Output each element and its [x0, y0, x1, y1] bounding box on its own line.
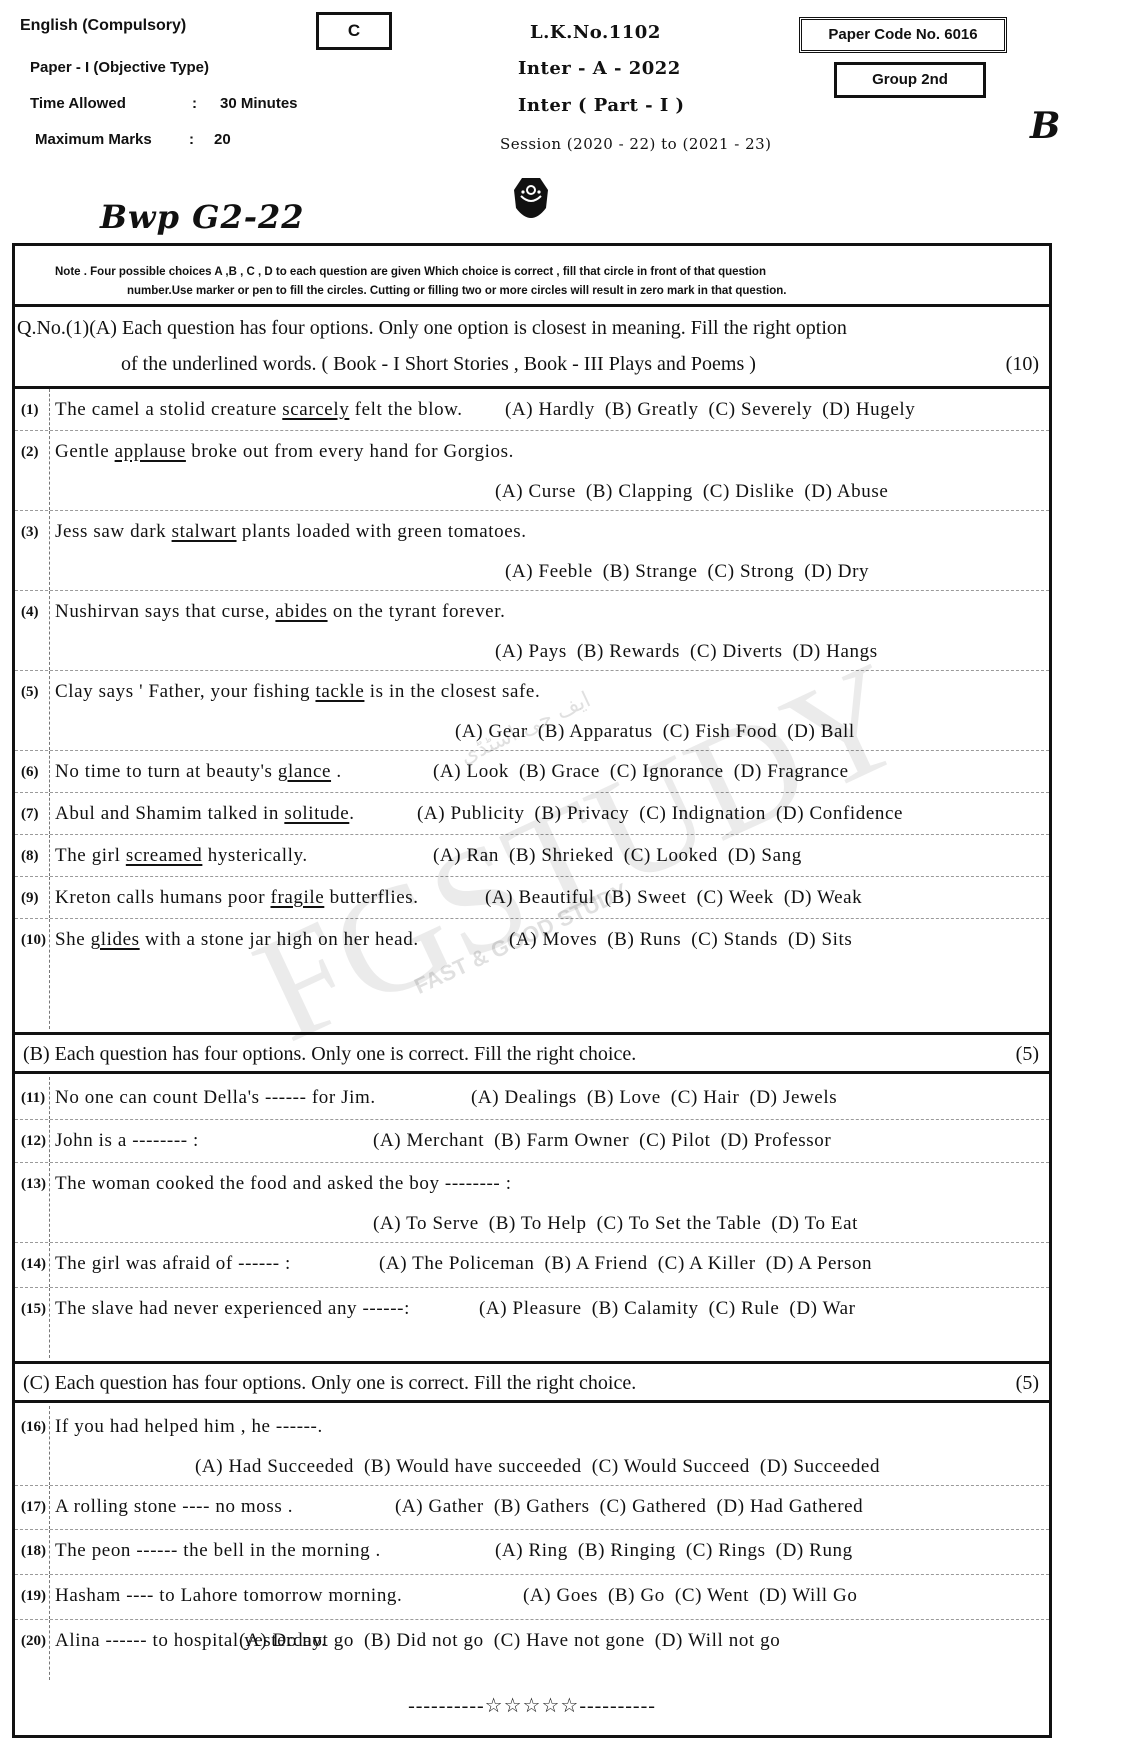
answer-options: (A) Beautiful(B) Sweet(C) Week(D) Weak — [485, 887, 872, 909]
answer-option[interactable]: (B) A Friend — [544, 1253, 647, 1274]
paper-type: Paper - I (Objective Type) — [30, 59, 209, 76]
lk-number: L.K.No.1102 — [530, 22, 661, 43]
answer-option[interactable]: (C) Severely — [709, 399, 813, 420]
stem-text: broke out from every hand for Gorgios. — [186, 441, 514, 462]
section-b-instruction: (B) Each question has four options. Only… — [23, 1043, 636, 1066]
stem-text: The camel a stolid creature — [55, 399, 282, 420]
question-number-separator — [49, 835, 50, 876]
underlined-word: applause — [115, 441, 186, 462]
answer-option[interactable]: (B) Love — [587, 1087, 661, 1108]
question-number: (14) — [21, 1256, 46, 1273]
answer-option[interactable]: (D) Professor — [721, 1130, 832, 1151]
answer-option[interactable]: (D) Hangs — [793, 641, 878, 662]
answer-option[interactable]: (C) Strong — [708, 561, 795, 582]
answer-option[interactable]: (B) Apparatus — [538, 721, 653, 742]
time-allowed-sep: : — [192, 95, 197, 112]
answer-option[interactable]: (C) Ignorance — [610, 761, 724, 782]
answer-option[interactable]: (A) The Policeman — [379, 1253, 534, 1274]
answer-option[interactable]: (C) Rule — [709, 1298, 780, 1319]
answer-option[interactable]: (C) Indignation — [639, 803, 766, 824]
answer-option[interactable]: (D) Weak — [784, 887, 862, 908]
answer-options: (A) Look(B) Grace(C) Ignorance(D) Fragra… — [433, 761, 859, 783]
question-stem: The peon ------ the bell in the morning … — [55, 1540, 381, 1562]
underlined-word: stalwart — [172, 521, 237, 542]
stem-text: The girl was afraid of ------ : — [55, 1253, 291, 1274]
question-number-separator — [49, 511, 50, 590]
answer-option[interactable]: (A) Do not go — [239, 1630, 354, 1651]
answer-option[interactable]: (A) Merchant — [373, 1130, 484, 1151]
stem-text: Nushirvan says that curse, — [55, 601, 275, 622]
answer-option[interactable]: (C) Looked — [624, 845, 718, 866]
answer-option[interactable]: (A) Ring — [495, 1540, 568, 1561]
exam-part: Inter ( Part - I ) — [518, 95, 685, 116]
stem-text: Kreton calls humans poor — [55, 887, 271, 908]
answer-options: (A) Gather(B) Gathers(C) Gathered(D) Had… — [395, 1496, 873, 1518]
answer-option[interactable]: (A) Curse — [495, 481, 576, 502]
answer-option[interactable]: (D) A Person — [766, 1253, 872, 1274]
answer-options: (A) Gear(B) Apparatus(C) Fish Food(D) Ba… — [455, 721, 865, 743]
question-number-separator — [49, 1406, 50, 1485]
section-a-instruction-2: of the underlined words. ( Book - I Shor… — [121, 353, 756, 376]
answer-option[interactable]: (B) Strange — [603, 561, 698, 582]
question-number: (7) — [21, 806, 39, 823]
answer-option[interactable]: (C) A Killer — [658, 1253, 756, 1274]
section-b-header: (B) Each question has four options. Only… — [15, 1032, 1049, 1074]
stem-text: The girl — [55, 845, 126, 866]
question-row: (12)John is a -------- :(A) Merchant(B) … — [15, 1120, 1049, 1163]
answer-options: (A) Had Succeeded(B) Would have succeede… — [195, 1456, 890, 1478]
answer-option[interactable]: (C) Dislike — [703, 481, 795, 502]
question-stem: Jess saw dark stalwart plants loaded wit… — [55, 521, 527, 543]
question-number-separator — [49, 1530, 50, 1574]
answer-option[interactable]: (D) Sang — [728, 845, 802, 866]
answer-option[interactable]: (B) To Help — [489, 1213, 587, 1234]
question-number: (17) — [21, 1499, 46, 1516]
question-number: (18) — [21, 1543, 46, 1560]
answer-option[interactable]: (B) Runs — [607, 929, 681, 950]
section-a-marks: (10) — [1006, 353, 1039, 376]
answer-option[interactable]: (A) Gear — [455, 721, 528, 742]
question-number-separator — [49, 793, 50, 834]
answer-option[interactable]: (A) Publicity — [417, 803, 525, 824]
stem-text: with a stone jar high on her head. — [140, 929, 419, 950]
question-number: (1) — [21, 402, 39, 419]
stem-text: The peon ------ the bell in the morning … — [55, 1540, 381, 1561]
question-number-separator — [49, 1575, 50, 1619]
note-line-2: number.Use marker or pen to fill the cir… — [127, 285, 786, 297]
answer-option[interactable]: (C) Stands — [691, 929, 778, 950]
answer-option[interactable]: (D) Dry — [804, 561, 869, 582]
question-row: (15)The slave had never experienced any … — [15, 1288, 1049, 1358]
subject-title: English (Compulsory) — [20, 17, 186, 35]
question-stem: John is a -------- : — [55, 1130, 199, 1152]
answer-option[interactable]: (B) Ringing — [578, 1540, 676, 1561]
stem-text: John is a -------- : — [55, 1130, 199, 1151]
answer-option[interactable]: (C) Fish Food — [663, 721, 777, 742]
question-stem: The slave had never experienced any ----… — [55, 1298, 410, 1320]
answer-option[interactable]: (B) Privacy — [535, 803, 630, 824]
answer-option[interactable]: (D) Ball — [787, 721, 855, 742]
answer-option[interactable]: (A) Pays — [495, 641, 567, 662]
answer-option[interactable]: (B) Sweet — [605, 887, 687, 908]
stem-text: If you had helped him , he ------. — [55, 1416, 323, 1437]
question-number: (12) — [21, 1133, 46, 1150]
stem-text: hysterically. — [202, 845, 307, 866]
answer-options: (A) Do not go(B) Did not go(C) Have not … — [239, 1630, 790, 1652]
answer-option[interactable]: (C) Rings — [686, 1540, 766, 1561]
question-number-separator — [49, 389, 50, 430]
answer-option[interactable]: (D) Hugely — [822, 399, 915, 420]
answer-options: (A) Merchant(B) Farm Owner(C) Pilot(D) P… — [373, 1130, 841, 1152]
stem-text: . — [349, 803, 354, 824]
question-stem: The girl was afraid of ------ : — [55, 1253, 291, 1275]
stem-text: Abul and Shamim talked in — [55, 803, 284, 824]
answer-option[interactable]: (C) Have not gone — [494, 1630, 645, 1651]
answer-options: (A) The Policeman(B) A Friend(C) A Kille… — [379, 1253, 882, 1275]
question-row: (3)Jess saw dark stalwart plants loaded … — [15, 511, 1049, 591]
answer-options: (A) Ran(B) Shrieked(C) Looked(D) Sang — [433, 845, 812, 867]
answer-options: (A) Goes(B) Go(C) Went(D) Will Go — [523, 1585, 867, 1607]
stem-text: is in the closest safe. — [364, 681, 540, 702]
instructions-note: Note . Four possible choices A ,B , C , … — [15, 246, 1049, 307]
question-number: (8) — [21, 848, 39, 865]
answer-option[interactable]: (B) Shrieked — [509, 845, 614, 866]
answer-option[interactable]: (D) Jewels — [749, 1087, 837, 1108]
answer-options: (A) Hardly(B) Greatly(C) Severely(D) Hug… — [505, 399, 925, 421]
question-sheet: Note . Four possible choices A ,B , C , … — [12, 243, 1052, 1738]
question-number-separator — [49, 1620, 50, 1680]
answer-option[interactable]: (A) Beautiful — [485, 887, 595, 908]
question-number-separator — [49, 1120, 50, 1162]
answer-option[interactable]: (C) Gathered — [600, 1496, 707, 1517]
stem-text: No time to turn at beauty's — [55, 761, 278, 782]
answer-option[interactable]: (C) Would Succeed — [592, 1456, 750, 1477]
section-a-instruction-1: Q.No.(1)(A) Each question has four optio… — [17, 317, 847, 340]
underlined-word: solitude — [284, 803, 349, 824]
answer-option[interactable]: (B) Did not go — [364, 1630, 484, 1651]
answer-option[interactable]: (A) Hardly — [505, 399, 595, 420]
question-number: (4) — [21, 604, 39, 621]
answer-option[interactable]: (D) War — [789, 1298, 855, 1319]
underlined-word: glides — [91, 929, 140, 950]
question-number: (20) — [21, 1633, 46, 1650]
answer-option[interactable]: (A) To Serve — [373, 1213, 479, 1234]
section-c-instruction: (C) Each question has four options. Only… — [23, 1372, 636, 1395]
answer-option[interactable]: (D) Will not go — [655, 1630, 781, 1651]
answer-option[interactable]: (D) Fragrance — [734, 761, 849, 782]
section-c-header: (C) Each question has four options. Only… — [15, 1361, 1049, 1403]
stem-text: Hasham ---- to Lahore tomorrow morning. — [55, 1585, 402, 1606]
note-line-1: Note . Four possible choices A ,B , C , … — [55, 266, 766, 278]
question-number-separator — [49, 591, 50, 670]
answer-option[interactable]: (D) Will Go — [759, 1585, 857, 1606]
answer-option[interactable]: (B) Rewards — [577, 641, 680, 662]
answer-options: (A) Ring(B) Ringing(C) Rings(D) Rung — [495, 1540, 863, 1562]
answer-option[interactable]: (B) Greatly — [605, 399, 699, 420]
answer-option[interactable]: (D) Abuse — [804, 481, 888, 502]
paper-version-box: C — [316, 12, 392, 50]
answer-options: (A) To Serve(B) To Help(C) To Set the Ta… — [373, 1213, 868, 1235]
answer-option[interactable]: (B) Would have succeeded — [364, 1456, 582, 1477]
stem-text: on the tyrant forever. — [328, 601, 506, 622]
stem-text: . — [331, 761, 342, 782]
stem-text: The slave had never experienced any ----… — [55, 1298, 410, 1319]
question-row: (7)Abul and Shamim talked in solitude.(A… — [15, 793, 1049, 835]
stem-text: Gentle — [55, 441, 115, 462]
answer-option[interactable]: (A) Goes — [523, 1585, 598, 1606]
answer-option[interactable]: (C) Pilot — [639, 1130, 710, 1151]
answer-options: (A) Publicity(B) Privacy(C) Indignation(… — [417, 803, 913, 825]
answer-option[interactable]: (A) Dealings — [471, 1087, 577, 1108]
question-row: (16)If you had helped him , he ------.(A… — [15, 1406, 1049, 1486]
question-row: (14)The girl was afraid of ------ :(A) T… — [15, 1243, 1049, 1288]
max-marks-value: 20 — [214, 131, 231, 148]
handwritten-note: Bwp G2-22 — [100, 198, 305, 236]
question-number-separator — [49, 1486, 50, 1529]
answer-option[interactable]: (D) Had Gathered — [717, 1496, 864, 1517]
max-marks-label: Maximum Marks — [35, 131, 152, 148]
question-stem: No time to turn at beauty's glance . — [55, 761, 342, 783]
question-row: (4)Nushirvan says that curse, abides on … — [15, 591, 1049, 671]
question-number-separator — [49, 1163, 50, 1242]
stem-text: No one can count Della's ------ for Jim. — [55, 1087, 376, 1108]
underlined-word: glance — [278, 761, 331, 782]
stem-text: The woman cooked the food and asked the … — [55, 1173, 512, 1194]
question-number: (15) — [21, 1301, 46, 1318]
question-number-separator — [49, 1243, 50, 1287]
answer-option[interactable]: (D) Sits — [788, 929, 852, 950]
question-row: (2)Gentle applause broke out from every … — [15, 431, 1049, 511]
question-number-separator — [49, 1288, 50, 1358]
question-row: (19)Hasham ---- to Lahore tomorrow morni… — [15, 1575, 1049, 1620]
question-row: (17)A rolling stone ---- no moss .(A) Ga… — [15, 1486, 1049, 1530]
exam-title: Inter - A - 2022 — [518, 58, 681, 79]
question-number-separator — [49, 431, 50, 510]
stem-text: felt the blow. — [349, 399, 462, 420]
answer-option[interactable]: (A) Feeble — [505, 561, 593, 582]
stem-text: A rolling stone ---- no moss . — [55, 1496, 293, 1517]
question-number: (11) — [21, 1090, 45, 1107]
answer-options: (A) Pleasure(B) Calamity(C) Rule(D) War — [479, 1298, 866, 1320]
answer-options: (A) Dealings(B) Love(C) Hair(D) Jewels — [471, 1087, 847, 1109]
section-b-marks: (5) — [1016, 1043, 1039, 1066]
answer-option[interactable]: (C) Week — [697, 887, 774, 908]
answer-option[interactable]: (B) Calamity — [592, 1298, 699, 1319]
underlined-word: scarcely — [282, 399, 349, 420]
question-row: (18)The peon ------ the bell in the morn… — [15, 1530, 1049, 1575]
answer-option[interactable]: (B) Gathers — [494, 1496, 590, 1517]
answer-options: (A) Curse(B) Clapping(C) Dislike(D) Abus… — [495, 481, 898, 503]
section-c-marks: (5) — [1016, 1372, 1039, 1395]
question-row: (5)Clay says ' Father, your fishing tack… — [15, 671, 1049, 751]
question-row: (9)Kreton calls humans poor fragile butt… — [15, 877, 1049, 919]
stem-text: butterflies. — [324, 887, 418, 908]
answer-option[interactable]: (A) Pleasure — [479, 1298, 582, 1319]
question-number: (10) — [21, 932, 46, 949]
underlined-word: tackle — [315, 681, 364, 702]
question-stem: Nushirvan says that curse, abides on the… — [55, 601, 505, 623]
answer-option[interactable]: (C) Diverts — [690, 641, 783, 662]
answer-option[interactable]: (C) Went — [675, 1585, 749, 1606]
question-number: (3) — [21, 524, 39, 541]
time-allowed-value: 30 Minutes — [220, 95, 298, 112]
question-number: (16) — [21, 1419, 46, 1436]
question-stem: Gentle applause broke out from every han… — [55, 441, 514, 463]
question-row: (20)Alina ------ to hospital yesterday.(… — [15, 1620, 1049, 1680]
question-row: (13)The woman cooked the food and asked … — [15, 1163, 1049, 1243]
answer-option[interactable]: (A) Gather — [395, 1496, 484, 1517]
question-number-separator — [49, 751, 50, 792]
stem-text: Jess saw dark — [55, 521, 172, 542]
answer-option[interactable]: (A) Ran — [433, 845, 499, 866]
question-stem: The girl screamed hysterically. — [55, 845, 308, 867]
answer-option[interactable]: (A) Had Succeeded — [195, 1456, 354, 1477]
question-stem: If you had helped him , he ------. — [55, 1416, 323, 1438]
question-number: (19) — [21, 1588, 46, 1605]
answer-option[interactable]: (D) Succeeded — [760, 1456, 880, 1477]
board-emblem-icon — [508, 172, 554, 228]
answer-options: (A) Moves(B) Runs(C) Stands(D) Sits — [509, 929, 862, 951]
question-stem: Hasham ---- to Lahore tomorrow morning. — [55, 1585, 402, 1607]
question-number: (9) — [21, 890, 39, 907]
question-row: (11)No one can count Della's ------ for … — [15, 1077, 1049, 1120]
question-stem: The camel a stolid creature scarcely fel… — [55, 399, 463, 421]
question-number: (6) — [21, 764, 39, 781]
stem-text: plants loaded with green tomatoes. — [237, 521, 527, 542]
question-stem: A rolling stone ---- no moss . — [55, 1496, 293, 1518]
question-number-separator — [49, 1077, 50, 1119]
paper-code-box: Paper Code No. 6016 — [799, 17, 1007, 53]
answer-options: (A) Pays(B) Rewards(C) Diverts(D) Hangs — [495, 641, 888, 663]
question-row: (8)The girl screamed hysterically.(A) Ra… — [15, 835, 1049, 877]
question-number-separator — [49, 919, 50, 1029]
question-number: (2) — [21, 444, 39, 461]
end-of-paper-divider: ----------☆☆☆☆☆---------- — [15, 1693, 1049, 1718]
answer-option[interactable]: (A) Moves — [509, 929, 597, 950]
answer-options: (A) Feeble(B) Strange(C) Strong(D) Dry — [505, 561, 879, 583]
question-number: (13) — [21, 1176, 46, 1193]
question-stem: Abul and Shamim talked in solitude. — [55, 803, 355, 825]
question-row: (1)The camel a stolid creature scarcely … — [15, 389, 1049, 431]
question-stem: Kreton calls humans poor fragile butterf… — [55, 887, 419, 909]
answer-option[interactable]: (B) Grace — [519, 761, 600, 782]
group-box: Group 2nd — [834, 62, 986, 98]
time-allowed-label: Time Allowed — [30, 95, 126, 112]
answer-option[interactable]: (C) Hair — [671, 1087, 740, 1108]
answer-option[interactable]: (C) To Set the Table — [597, 1213, 762, 1234]
stem-text: Clay says ' Father, your fishing — [55, 681, 315, 702]
question-stem: She glides with a stone jar high on her … — [55, 929, 419, 951]
question-number-separator — [49, 877, 50, 918]
question-row: (6)No time to turn at beauty's glance .(… — [15, 751, 1049, 793]
underlined-word: screamed — [126, 845, 203, 866]
answer-option[interactable]: (D) To Eat — [771, 1213, 858, 1234]
question-stem: No one can count Della's ------ for Jim. — [55, 1087, 376, 1109]
answer-option[interactable]: (D) Rung — [776, 1540, 853, 1561]
answer-option[interactable]: (D) Confidence — [776, 803, 903, 824]
stem-text: She — [55, 929, 91, 950]
question-row: (10)She glides with a stone jar high on … — [15, 919, 1049, 1029]
underlined-word: abides — [275, 601, 327, 622]
answer-option[interactable]: (B) Farm Owner — [494, 1130, 629, 1151]
question-stem: The woman cooked the food and asked the … — [55, 1173, 512, 1195]
question-number: (5) — [21, 684, 39, 701]
max-marks-sep: : — [189, 131, 194, 148]
answer-option[interactable]: (B) Clapping — [586, 481, 693, 502]
session-text: Session (2020 - 22) to (2021 - 23) — [500, 135, 772, 153]
handwritten-mark: B — [1030, 105, 1060, 147]
underlined-word: fragile — [271, 887, 325, 908]
section-a-header: Q.No.(1)(A) Each question has four optio… — [15, 307, 1049, 389]
answer-option[interactable]: (A) Look — [433, 761, 509, 782]
answer-option[interactable]: (B) Go — [608, 1585, 665, 1606]
question-stem: Clay says ' Father, your fishing tackle … — [55, 681, 540, 703]
question-number-separator — [49, 671, 50, 750]
